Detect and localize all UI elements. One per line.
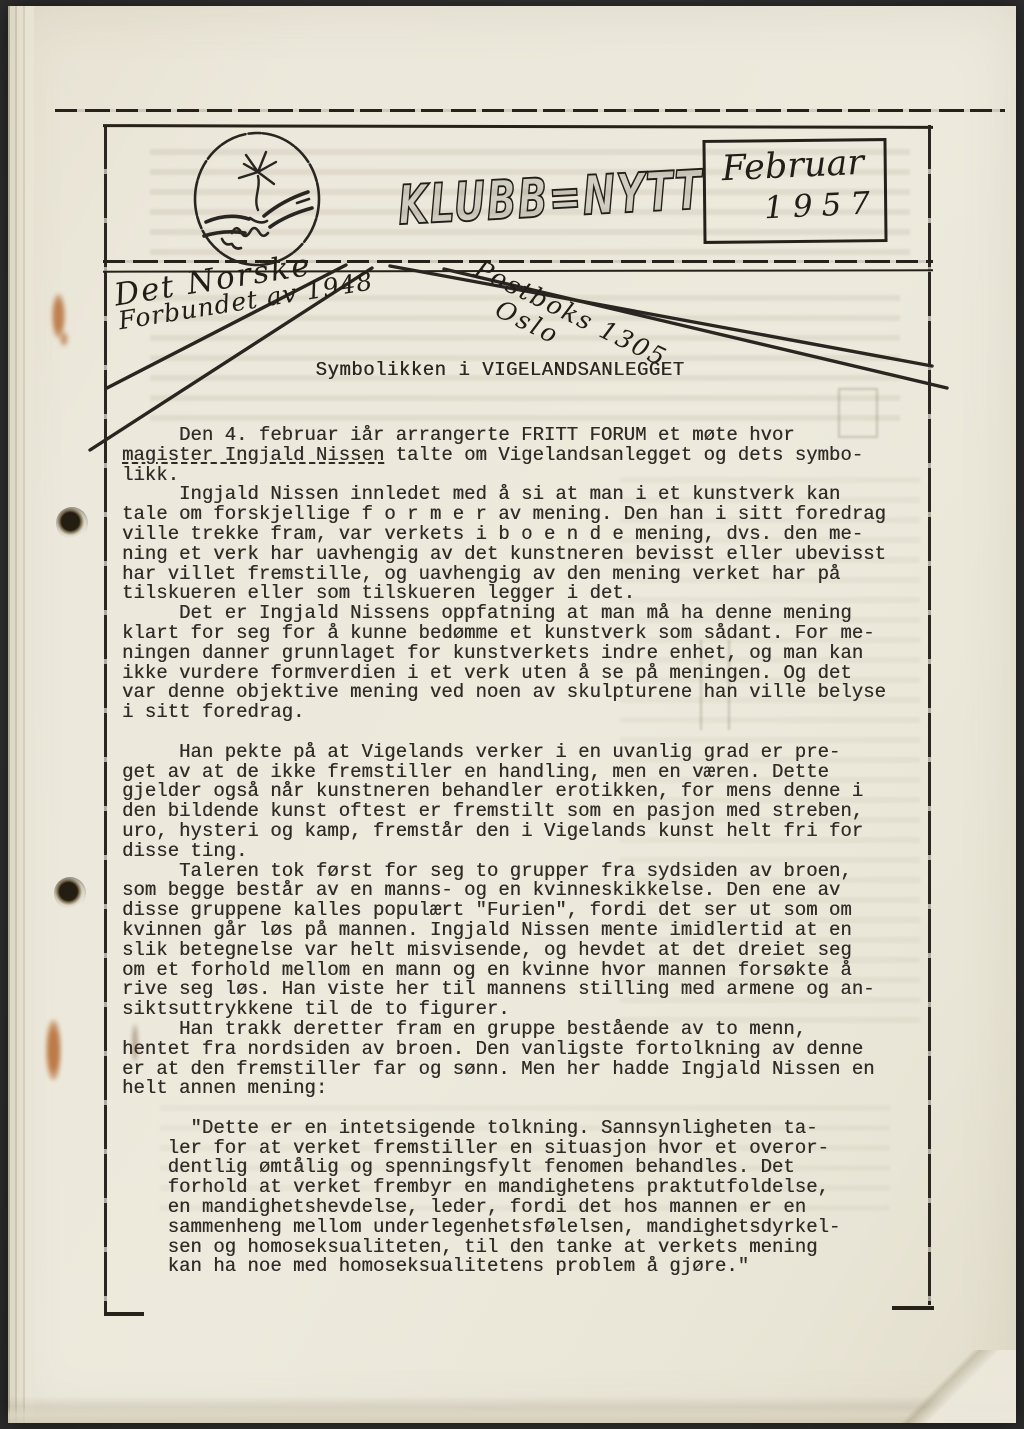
- typewritten-line: en mandighetshevdelse, leder, fordi det …: [122, 1198, 928, 1218]
- body-paragraph: Han trakk deretter fram en gruppe beståe…: [122, 1020, 928, 1099]
- rust-stain: [60, 332, 68, 346]
- body-paragraph: Han pekte på at Vigelands verker i en uv…: [122, 743, 928, 862]
- frame-bottom-left-tick: [104, 1312, 144, 1316]
- typewritten-line: i sitt foredrag.: [122, 703, 928, 723]
- body-paragraph: Taleren tok først for seg to grupper fra…: [122, 862, 928, 1020]
- typewritten-line: ningen danner grunnlaget for kunstverket…: [122, 644, 928, 664]
- masthead-title: KLUBB=NYTT: [388, 150, 718, 246]
- typewritten-line: disse ting.: [122, 842, 928, 862]
- typewritten-line: ville trekke fram, var verkets i b o e n…: [122, 525, 928, 545]
- punch-hole-top: [56, 507, 88, 539]
- body-paragraph: Det er Ingjald Nissens oppfatning at man…: [122, 604, 928, 723]
- typewritten-line: siktsuttrykkene til de to figurer.: [122, 1000, 928, 1020]
- typewritten-line: Han trakk deretter fram en gruppe beståe…: [122, 1020, 928, 1040]
- date-box: Februar 1957: [702, 138, 887, 244]
- typewritten-line: hentet fra nordsiden av broen. Den vanli…: [122, 1040, 928, 1060]
- underlined-phrase: magister Ingjald Nissen: [122, 444, 384, 466]
- rust-stain: [46, 1020, 61, 1080]
- frame-bottom-right-tick: [892, 1306, 934, 1310]
- punch-hole-bottom: [54, 877, 86, 909]
- date-month: Februar: [721, 143, 865, 189]
- typewritten-line: sammenheng mellom underlegenhetsfølelsen…: [122, 1218, 928, 1238]
- typewritten-line: kvinnen går løs på mannen. Ingjald Nisse…: [122, 921, 928, 941]
- typewritten-line: den bildende kunst oftest er fremstilt s…: [122, 802, 928, 822]
- typewritten-line: magister Ingjald Nissen talte om Vigelan…: [122, 446, 928, 466]
- quote-paragraph: "Dette er en intetsigende tolkning. Sann…: [122, 1119, 928, 1277]
- typewritten-line: Det er Ingjald Nissens oppfatning at man…: [122, 604, 928, 624]
- typewritten-line: tale om forskjellige f o r m e r av meni…: [122, 505, 928, 525]
- typewritten-line: "Dette er en intetsigende tolkning. Sann…: [122, 1119, 928, 1139]
- typewritten-line: Han pekte på at Vigelands verker i en uv…: [122, 743, 928, 763]
- body-paragraph: Den 4. februar iår arrangerte FRITT FORU…: [122, 426, 928, 485]
- typewritten-line: disse gruppene kalles populært "Furien",…: [122, 901, 928, 921]
- corner-fold: [830, 1350, 1016, 1423]
- typewritten-line: uro, hysteri og kamp, fremstår den i Vig…: [122, 822, 928, 842]
- typewritten-line: kan ha noe med homoseksualitetens proble…: [122, 1257, 928, 1277]
- masthead-title-text: KLUBB=NYTT: [397, 158, 706, 237]
- typewritten-line: klart for seg for å kunne bedømme et kun…: [122, 624, 928, 644]
- date-year: 1957: [763, 185, 879, 226]
- typewritten-line: helt annen mening:: [122, 1079, 928, 1099]
- ink-smudge: [132, 1024, 138, 1062]
- body-paragraph: Ingjald Nissen innledet med å si at man …: [122, 485, 928, 604]
- scanned-newsletter-page: KLUBB=NYTT Februar 1957 Det Norske Forbu…: [0, 0, 1024, 1429]
- article-body: Den 4. februar iår arrangerte FRITT FORU…: [122, 426, 928, 1277]
- article-heading: Symbolikken i VIGELANDSANLEGGET: [104, 359, 896, 381]
- typewritten-line: ning et verk har uavhengig av det kunstn…: [122, 545, 928, 565]
- typewritten-line: slik betegnelse var helt misvisende, og …: [122, 941, 928, 961]
